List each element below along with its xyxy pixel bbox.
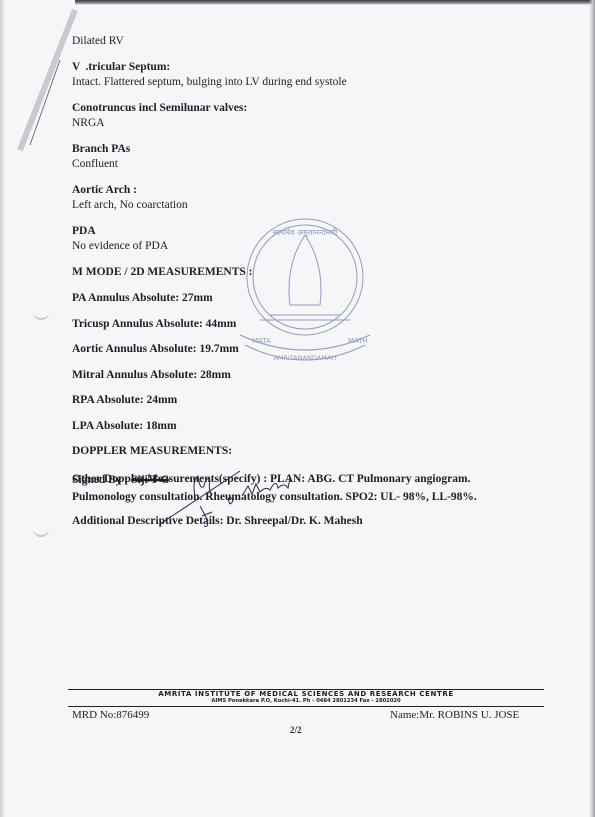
footer-address: AIMS Ponekkara P.O, Kochi-41. Ph - 0484 …	[68, 698, 544, 705]
report-section: Conotruncus incl Semilunar valves:NRGA	[72, 101, 532, 131]
section-label: Conotruncus incl Semilunar valves:	[72, 101, 532, 116]
section-label: Branch PAs	[72, 142, 532, 157]
page-top-shadow	[75, 0, 595, 5]
patient-name: Name:Mr. ROBINS U. JOSE	[390, 709, 519, 721]
report-section: Branch PAsConfluent	[72, 142, 532, 172]
svg-text:MATH: MATH	[348, 337, 368, 345]
doppler-heading: DOPPLER MEASUREMENTS:	[72, 444, 532, 458]
report-section: V .tricular Septum:Intact. Flattered sep…	[72, 60, 532, 90]
footer-rule-bottom	[68, 706, 544, 707]
measurement-item: LPA Absolute: 18mm	[72, 419, 532, 433]
punch-hole-mark	[33, 308, 49, 320]
institution-seal-icon: सत्यमेव अमृतानन्दमयी MATA AMRITANANDAMAY…	[230, 205, 380, 370]
svg-text:सत्यमेव अमृतानन्दमयी: सत्यमेव अमृतानन्दमयी	[273, 227, 338, 238]
signed-by-label: Signed By :	[72, 474, 128, 486]
section-value: Confluent	[72, 157, 532, 172]
punch-hole-mark	[33, 525, 49, 537]
section-value: Intact. Flattered septum, bulging into L…	[72, 75, 532, 90]
footer-institution: AMRITA INSTITUTE OF MEDICAL SCIENCES AND…	[68, 690, 544, 698]
svg-text:MATA: MATA	[252, 337, 271, 345]
svg-text:AMRITANANDAMAYI: AMRITANANDAMAYI	[273, 354, 336, 362]
dilated-rv-text: Dilated RV	[72, 34, 532, 49]
section-value: NRGA	[72, 116, 532, 131]
handwritten-signature-icon	[140, 466, 320, 546]
page-number: 2/2	[290, 725, 302, 735]
page-edge-right	[589, 0, 595, 817]
measurement-item: RPA Absolute: 24mm	[72, 393, 532, 407]
page-fold-icon	[0, 0, 80, 160]
section-label: V .tricular Septum:	[72, 60, 532, 75]
section-label: Aortic Arch :	[72, 183, 532, 198]
mrd-number: MRD No:876499	[72, 709, 149, 721]
